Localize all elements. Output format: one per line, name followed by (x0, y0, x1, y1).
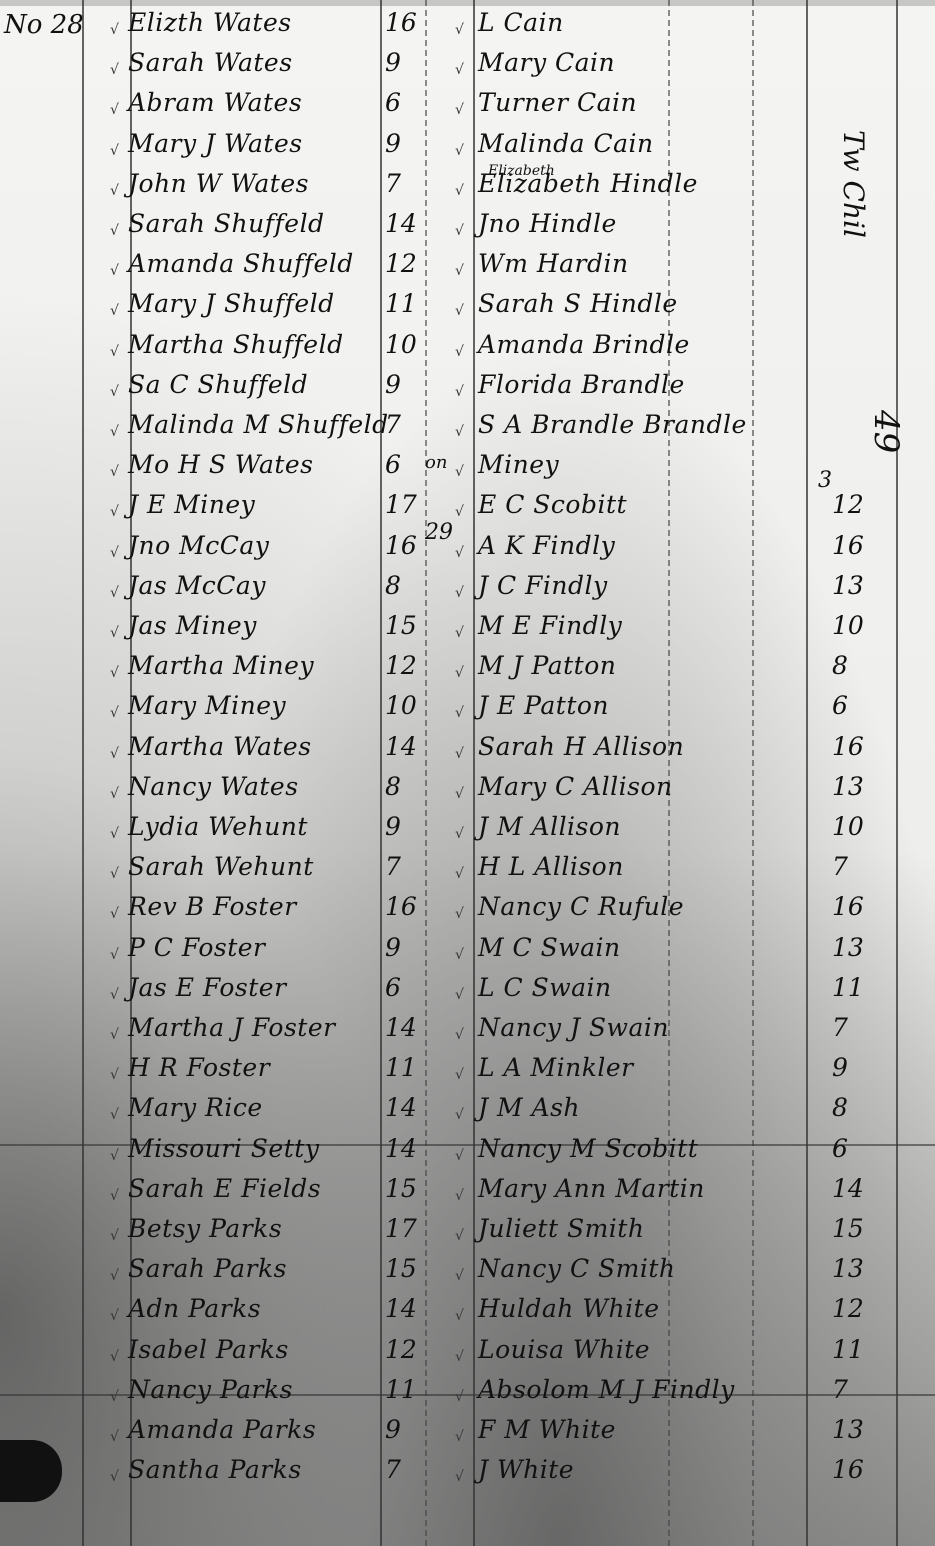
entry-name: Louisa White (478, 1335, 650, 1364)
check-mark-icon: √ (455, 424, 464, 440)
entry-age: 14 (385, 209, 417, 238)
entry-age: 9 (385, 370, 401, 399)
entry-name: Amanda Parks (128, 1415, 316, 1444)
entry-name: Jno Hindle (478, 209, 617, 238)
entry-age: 12 (385, 651, 417, 680)
entry-name: Sarah E Fields (128, 1174, 321, 1203)
entry-name: Sarah Wehunt (128, 852, 314, 881)
check-mark-icon: √ (110, 464, 119, 480)
entry-name: Jno McCay (128, 531, 269, 560)
check-mark-icon: √ (110, 62, 119, 78)
entry-name: Juliett Smith (478, 1214, 644, 1243)
entry-name: Mo H S Wates (128, 450, 314, 479)
entry-name: J C Findly (478, 571, 608, 600)
entry-name: Isabel Parks (128, 1335, 289, 1364)
check-mark-icon: √ (455, 786, 464, 802)
entry-age: 15 (385, 611, 417, 640)
check-mark-icon: √ (455, 464, 464, 480)
entry-age: 12 (832, 490, 864, 519)
check-mark-icon: √ (455, 1067, 464, 1083)
check-mark-icon: √ (455, 183, 464, 199)
entry-name: Sarah S Hindle (478, 289, 678, 318)
entry-name: Martha Wates (128, 732, 312, 761)
entry-age: 11 (385, 289, 417, 318)
check-mark-icon: √ (455, 665, 464, 681)
check-mark-icon: √ (110, 1389, 119, 1405)
entry-age: 17 (385, 490, 417, 519)
entry-age: 6 (385, 88, 401, 117)
entry-name: L C Swain (478, 973, 612, 1002)
entry-age: 9 (385, 812, 401, 841)
entry-age: 8 (385, 571, 401, 600)
entry-name: Betsy Parks (128, 1214, 282, 1243)
check-mark-icon: √ (455, 906, 464, 922)
entry-name: Jas Miney (128, 611, 257, 640)
entry-age: 11 (832, 1335, 864, 1364)
scanned-register-page: No 28 3 Tw Chil 49 29 √Elizth Wates16√Sa… (0, 0, 935, 1546)
check-mark-icon: √ (110, 1469, 119, 1485)
entry-age: 8 (832, 1093, 848, 1122)
entry-age: 13 (832, 933, 864, 962)
entry-age: 9 (385, 933, 401, 962)
entry-age: 15 (385, 1174, 417, 1203)
check-mark-icon: √ (455, 223, 464, 239)
check-mark-icon: √ (110, 545, 119, 561)
entry-name: Mary Miney (128, 691, 286, 720)
entry-name: H L Allison (478, 852, 624, 881)
entry-age: 6 (832, 1134, 848, 1163)
entry-name: Nancy M Scobitt (478, 1134, 698, 1163)
check-mark-icon: √ (455, 504, 464, 520)
entry-age: 14 (385, 1013, 417, 1042)
entry-name: Jas McCay (128, 571, 266, 600)
entry-age: 9 (385, 129, 401, 158)
check-mark-icon: √ (455, 866, 464, 882)
entry-age: 10 (832, 812, 864, 841)
margin-note: Tw Chil (837, 130, 870, 238)
entry-name: Abram Wates (128, 88, 302, 117)
check-mark-icon: √ (455, 303, 464, 319)
check-mark-icon: √ (110, 705, 119, 721)
check-mark-icon: √ (110, 786, 119, 802)
check-mark-icon: √ (110, 1308, 119, 1324)
check-mark-icon: √ (455, 102, 464, 118)
entry-name: Lydia Wehunt (128, 812, 308, 841)
entry-name: Adn Parks (128, 1294, 261, 1323)
entry-age: 16 (832, 531, 864, 560)
check-mark-icon: √ (455, 1268, 464, 1284)
entry-age: 16 (832, 1455, 864, 1484)
entry-name: S A Brandle Brandle (478, 410, 747, 439)
entry-name: J M Allison (478, 812, 621, 841)
entry-age: 7 (832, 1375, 848, 1404)
entry-name: Nancy Parks (128, 1375, 293, 1404)
check-mark-icon: √ (455, 344, 464, 360)
entry-name: Malinda M Shuffeld (128, 410, 389, 439)
entry-age: 6 (385, 450, 401, 479)
entry-age: 11 (385, 1053, 417, 1082)
entry-name: Nancy Wates (128, 772, 299, 801)
check-mark-icon: √ (455, 22, 464, 38)
check-mark-icon: √ (455, 263, 464, 279)
check-mark-icon: √ (110, 143, 119, 159)
side-mark: 3 (818, 468, 832, 493)
district-label: No 28 (4, 10, 84, 40)
check-mark-icon: √ (455, 625, 464, 641)
entry-age: 10 (385, 691, 417, 720)
column-rule (425, 0, 427, 1546)
entry-name: M J Patton (478, 651, 616, 680)
column-rule (380, 0, 382, 1546)
entry-name: Martha Miney (128, 651, 314, 680)
entry-age: 16 (385, 892, 417, 921)
entry-name: E C Scobitt (478, 490, 627, 519)
entry-age: 15 (385, 1254, 417, 1283)
entry-name: Turner Cain (478, 88, 637, 117)
entry-name: Martha J Foster (128, 1013, 336, 1042)
check-mark-icon: √ (110, 1067, 119, 1083)
check-mark-icon: √ (455, 1188, 464, 1204)
check-mark-icon: √ (110, 223, 119, 239)
check-mark-icon: √ (110, 424, 119, 440)
entry-name: Florida Brandle (478, 370, 685, 399)
entry-name: Martha Shuffeld (128, 330, 344, 359)
entry-age: 11 (385, 1375, 417, 1404)
entry-age: 13 (832, 571, 864, 600)
check-mark-icon: √ (455, 1349, 464, 1365)
entry-name: Sarah H Allison (478, 732, 684, 761)
check-mark-icon: √ (110, 22, 119, 38)
entry-name: Nancy C Rufule (478, 892, 684, 921)
entry-age: 9 (385, 1415, 401, 1444)
check-mark-icon: √ (455, 987, 464, 1003)
entry-name: Jas E Foster (128, 973, 287, 1002)
entry-age: 7 (385, 169, 401, 198)
check-mark-icon: √ (455, 585, 464, 601)
column-rule (752, 0, 754, 1546)
entry-age: 17 (385, 1214, 417, 1243)
check-mark-icon: √ (110, 1107, 119, 1123)
entry-name: John W Wates (128, 169, 309, 198)
entry-age: 13 (832, 1254, 864, 1283)
entry-age: 9 (832, 1053, 848, 1082)
check-mark-icon: √ (110, 504, 119, 520)
entry-name: Mary Rice (128, 1093, 263, 1122)
page-top-edge (0, 0, 935, 6)
entry-age: 6 (832, 691, 848, 720)
check-mark-icon: √ (455, 1027, 464, 1043)
entry-age: 16 (832, 732, 864, 761)
check-mark-icon: √ (110, 1188, 119, 1204)
entry-age: 10 (832, 611, 864, 640)
entry-name: Rev B Foster (128, 892, 297, 921)
entry-age: 11 (832, 973, 864, 1002)
entry-name: Malinda Cain (478, 129, 654, 158)
entry-age: 12 (385, 1335, 417, 1364)
entry-name: Wm Hardin (478, 249, 629, 278)
check-mark-icon: √ (110, 263, 119, 279)
entry-age: 16 (385, 531, 417, 560)
entry-age: 14 (385, 732, 417, 761)
check-mark-icon: √ (110, 665, 119, 681)
entry-age: 16 (385, 8, 417, 37)
entry-name: P C Foster (128, 933, 266, 962)
entry-age: 15 (832, 1214, 864, 1243)
check-mark-icon: √ (455, 1429, 464, 1445)
entry-name: Sa C Shuffeld (128, 370, 308, 399)
check-mark-icon: √ (110, 625, 119, 641)
entry-name: Santha Parks (128, 1455, 302, 1484)
check-mark-icon: √ (110, 384, 119, 400)
entry-name: H R Foster (128, 1053, 270, 1082)
entry-name: Amanda Shuffeld (128, 249, 354, 278)
entry-name: Nancy C Smith (478, 1254, 676, 1283)
entry-age: 14 (385, 1294, 417, 1323)
check-mark-icon: √ (110, 987, 119, 1003)
check-mark-icon: √ (110, 947, 119, 963)
check-mark-icon: √ (110, 906, 119, 922)
entry-name: Miney (478, 450, 559, 479)
entry-name: Sarah Wates (128, 48, 293, 77)
entry-age: 14 (832, 1174, 864, 1203)
check-mark-icon: √ (110, 1228, 119, 1244)
check-mark-icon: √ (455, 826, 464, 842)
inserted-correction: Elizabeth (488, 163, 555, 179)
check-mark-icon: √ (110, 1349, 119, 1365)
check-mark-icon: √ (110, 866, 119, 882)
entry-name: Absolom M J Findly (478, 1375, 735, 1404)
check-mark-icon: √ (455, 746, 464, 762)
entry-name: Sarah Shuffeld (128, 209, 325, 238)
column-rule (806, 0, 808, 1546)
entry-name: Amanda Brindle (478, 330, 690, 359)
entry-age: 14 (385, 1093, 417, 1122)
check-mark-icon: √ (455, 1228, 464, 1244)
check-mark-icon: √ (110, 303, 119, 319)
entry-age: 13 (832, 772, 864, 801)
column-rule (896, 0, 898, 1546)
check-mark-icon: √ (455, 143, 464, 159)
entry-age: 7 (385, 852, 401, 881)
entry-age: 12 (832, 1294, 864, 1323)
check-mark-icon: √ (110, 1268, 119, 1284)
entry-name: L Cain (478, 8, 564, 37)
check-mark-icon: √ (455, 62, 464, 78)
check-mark-icon: √ (110, 1027, 119, 1043)
entry-age: 13 (832, 1415, 864, 1444)
entry-age: 6 (385, 973, 401, 1002)
entry-name: Mary Cain (478, 48, 615, 77)
entry-age: 7 (832, 852, 848, 881)
ink-blot (0, 1440, 62, 1502)
entry-age: 8 (832, 651, 848, 680)
column-rule (473, 0, 475, 1546)
check-mark-icon: √ (110, 344, 119, 360)
district-29-label: 29 (425, 520, 453, 545)
entry-name: Missouri Setty (128, 1134, 319, 1163)
check-mark-icon: √ (110, 585, 119, 601)
check-mark-icon: √ (455, 947, 464, 963)
page-number: 49 (866, 410, 906, 453)
entry-age: 14 (385, 1134, 417, 1163)
entry-note: on (425, 452, 447, 473)
entry-name: Mary J Shuffeld (128, 289, 335, 318)
entry-age: 7 (385, 1455, 401, 1484)
entry-name: Nancy J Swain (478, 1013, 669, 1042)
check-mark-icon: √ (455, 1469, 464, 1485)
column-rule (82, 0, 84, 1546)
check-mark-icon: √ (110, 102, 119, 118)
entry-name: Sarah Parks (128, 1254, 287, 1283)
entry-name: J E Patton (478, 691, 609, 720)
check-mark-icon: √ (455, 1308, 464, 1324)
check-mark-icon: √ (110, 746, 119, 762)
entry-name: J M Ash (478, 1093, 580, 1122)
entry-name: Elizth Wates (128, 8, 292, 37)
check-mark-icon: √ (110, 826, 119, 842)
entry-name: Mary J Wates (128, 129, 303, 158)
entry-age: 16 (832, 892, 864, 921)
check-mark-icon: √ (455, 384, 464, 400)
entry-name: M C Swain (478, 933, 621, 962)
entry-name: J E Miney (128, 490, 255, 519)
entry-name: J White (478, 1455, 574, 1484)
check-mark-icon: √ (455, 545, 464, 561)
entry-name: Huldah White (478, 1294, 660, 1323)
entry-name: Mary Ann Martin (478, 1174, 705, 1203)
check-mark-icon: √ (110, 183, 119, 199)
check-mark-icon: √ (455, 1148, 464, 1164)
entry-age: 8 (385, 772, 401, 801)
entry-age: 10 (385, 330, 417, 359)
entry-age: 9 (385, 48, 401, 77)
check-mark-icon: √ (455, 705, 464, 721)
entry-name: M E Findly (478, 611, 622, 640)
entry-age: 12 (385, 249, 417, 278)
check-mark-icon: √ (110, 1429, 119, 1445)
entry-name: L A Minkler (478, 1053, 634, 1082)
entry-name: F M White (478, 1415, 616, 1444)
check-mark-icon: √ (455, 1389, 464, 1405)
entry-age: 7 (832, 1013, 848, 1042)
entry-name: A K Findly (478, 531, 615, 560)
check-mark-icon: √ (455, 1107, 464, 1123)
entry-name: Mary C Allison (478, 772, 673, 801)
entry-age: 7 (385, 410, 401, 439)
check-mark-icon: √ (110, 1148, 119, 1164)
